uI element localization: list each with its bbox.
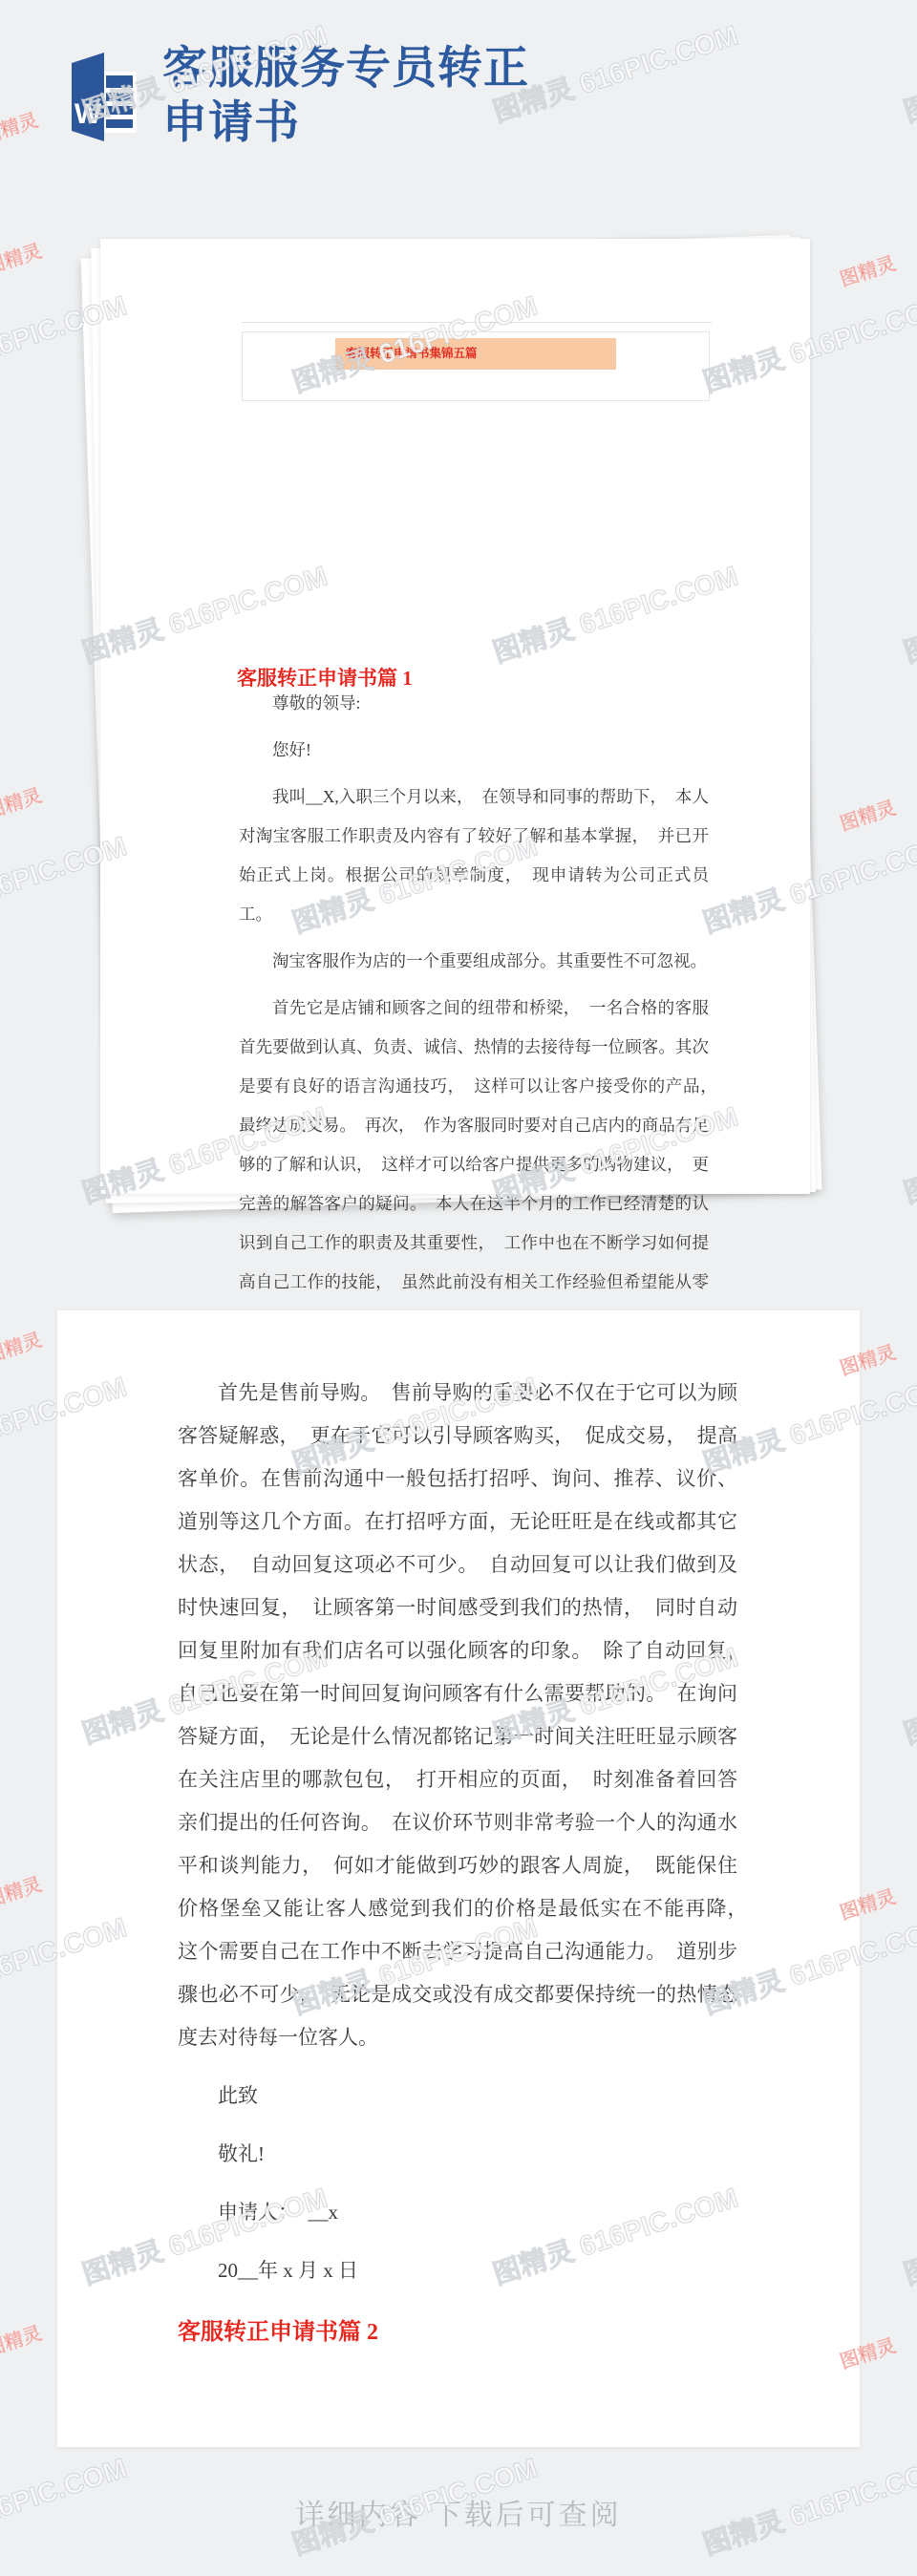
document-title-box: 客服转正申请书集锦五篇: [242, 331, 710, 401]
page-title-line2: 申请书: [162, 98, 300, 148]
paragraph: 20__年 x 月 x 日: [178, 2249, 737, 2292]
page-title: 客服服务专员转正申请书: [162, 42, 755, 151]
red-watermark-stamp: 图精灵: [0, 2317, 45, 2361]
word-icon: W: [70, 51, 139, 143]
header: W 客服服务专员转正申请书: [0, 0, 917, 239]
paragraph: 我叫__X,入职三个月以来， 在领导和同事的帮助下， 本人对淘宝客服工作职责及内…: [239, 777, 709, 934]
highlighted-title-banner: 客服转正申请书集锦五篇: [335, 338, 616, 370]
site-watermark: 图精灵 616PIC.COM: [898, 555, 917, 671]
footer-note: 详细内容 下载后可查阅: [0, 2491, 917, 2533]
page-title-line1: 客服服务专员转正: [162, 44, 529, 94]
red-watermark-stamp: 图精灵: [0, 1868, 45, 1912]
paragraph: 申请人： __x: [178, 2191, 737, 2234]
red-watermark-stamp: 图精灵: [836, 792, 899, 836]
letter-closing: 此致敬礼!申请人： __x20__年 x 月 x 日: [178, 2075, 737, 2292]
paragraph: 尊敬的领导:: [239, 684, 709, 723]
red-watermark-stamp: 图精灵: [0, 779, 45, 823]
red-watermark-stamp: 图精灵: [0, 1324, 45, 1368]
paragraph: 敬礼!: [178, 2133, 737, 2176]
divider-line: [242, 322, 712, 323]
section-heading-2: 客服转正申请书篇 2: [178, 2311, 737, 2354]
paragraph: 淘宝客服作为店的一个重要组成部分。其重要性不可忽视。: [239, 942, 709, 981]
paragraph: 此致: [178, 2075, 737, 2118]
red-watermark-stamp: 图精灵: [836, 247, 899, 291]
document-body-1: 尊敬的领导:您好!我叫__X,入职三个月以来， 在领导和同事的帮助下， 本人对淘…: [239, 684, 709, 1388]
page-root: W 客服服务专员转正申请书 客服转正申请书集锦五篇 客服转正申请书篇 1 尊敬的…: [0, 0, 917, 2576]
document-preview-page-1[interactable]: 客服转正申请书集锦五篇 客服转正申请书篇 1 尊敬的领导:您好!我叫__X,入职…: [100, 239, 810, 1194]
red-watermark-stamp: 图精灵: [0, 235, 45, 279]
paragraph: 您好!: [239, 731, 709, 770]
paragraph: 首先是售前导购。 售前导购的重要必不仅在于它可以为顾客答疑解惑， 更在于它可以引…: [178, 1372, 737, 2059]
document-preview-page-2[interactable]: 首先是售前导购。 售前导购的重要必不仅在于它可以为顾客答疑解惑， 更在于它可以引…: [57, 1310, 860, 2447]
site-watermark: 图精灵 616PIC.COM: [898, 1096, 917, 1212]
body-2-paragraphs: 首先是售前导购。 售前导购的重要必不仅在于它可以为顾客答疑解惑， 更在于它可以引…: [178, 1372, 737, 2059]
site-watermark: 图精灵 616PIC.COM: [898, 1636, 917, 1753]
document-body-2: 首先是售前导购。 售前导购的重要必不仅在于它可以为顾客答疑解惑， 更在于它可以引…: [178, 1372, 737, 2354]
document-page-1: 客服转正申请书集锦五篇 客服转正申请书篇 1 尊敬的领导:您好!我叫__X,入职…: [100, 239, 810, 1194]
site-watermark: 图精灵 616PIC.COM: [898, 2177, 917, 2293]
svg-text:W: W: [75, 98, 102, 130]
